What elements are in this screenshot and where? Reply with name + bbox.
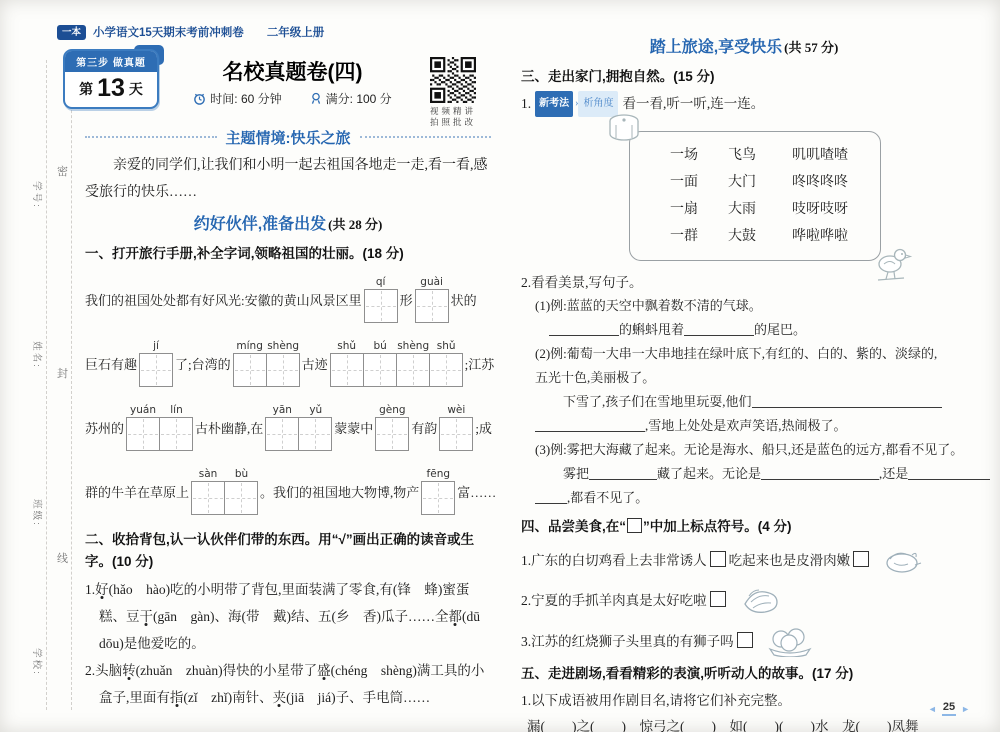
- emphasized-char: 夹: [273, 690, 287, 705]
- character-writing-box[interactable]: [439, 417, 473, 451]
- punctuation-box[interactable]: [627, 518, 642, 533]
- pinyin-box-group: gèng: [375, 403, 409, 451]
- text-run: (2)例:葡萄一大串一大串地挂在绿叶底下,有红的、白的、紫的、淡绿的,: [535, 346, 937, 361]
- emphasized-char: 都: [448, 609, 462, 624]
- match-item[interactable]: 飞鸟: [728, 142, 792, 169]
- pinyin-label: yān: [273, 403, 292, 417]
- content-line: (2)例:葡萄一大串一大串地挂在绿叶底下,有红的、白的、紫的、淡绿的,: [521, 342, 967, 366]
- pinyin-box-group: qí: [364, 275, 398, 323]
- pinyin-label: qí: [376, 275, 386, 289]
- theme-title: 主题情境:快乐之旅: [226, 127, 351, 148]
- content-line: ,雪地上处处是欢声笑语,热闹极了。: [521, 414, 967, 438]
- question4-item-3: 3.江苏的红烧狮子头里真的有狮子吗: [521, 627, 967, 657]
- match-item[interactable]: 吱呀吱呀: [792, 196, 848, 223]
- text-run: 四、品尝美食,在“: [521, 519, 626, 534]
- question2-items: 1.好(hǎo hào)吃的小明带了背包,里面装满了零食,有(锋 蜂)蜜蛋糕、豆…: [85, 576, 491, 711]
- character-writing-box[interactable]: [139, 353, 173, 387]
- day-badge-step: 第三步 做真题: [65, 51, 157, 72]
- character-writing-box[interactable]: [415, 289, 449, 323]
- pinyin-box-group: guài: [415, 275, 449, 323]
- emphasized-char: 干: [140, 609, 154, 624]
- exam-page: 一本 小学语文15天期末考前冲刺卷 二年级上册 学号: 姓名: 班级: 学校: …: [0, 0, 1000, 732]
- question3-item1: 1. 新考法 › 析角度 看一看,听一听,连一连。: [521, 91, 967, 117]
- emphasized-char: 盛: [317, 663, 331, 678]
- pinyin-box-group: míngshèng: [233, 339, 300, 387]
- pinyin-box-group: yānyǔ: [265, 403, 332, 451]
- punctuation-box[interactable]: [710, 551, 726, 567]
- lionhead-dish-icon: [766, 627, 814, 657]
- pinyin-label: shǔ: [337, 339, 356, 353]
- match-item[interactable]: 一场: [670, 142, 728, 169]
- time-meta: 时间: 60 分钟: [193, 90, 281, 107]
- punctuation-box[interactable]: [737, 632, 753, 648]
- text-run: 富……: [457, 482, 496, 501]
- prev-page-icon: ◄: [928, 704, 937, 714]
- day-badge-day: 第13天: [65, 72, 157, 107]
- dotted-divider-left: [85, 136, 217, 138]
- punctuation-box[interactable]: [853, 551, 869, 567]
- question5-stem: 五、走进剧场,看看精彩的表演,听听动人的故事。(17 分): [521, 663, 967, 685]
- drum-icon: [604, 112, 644, 146]
- match-item[interactable]: 一扇: [670, 196, 728, 223]
- character-writing-box[interactable]: [265, 417, 299, 451]
- text-run: 的蝌蚪甩着: [619, 322, 684, 337]
- pinyin-label: guài: [420, 275, 443, 289]
- book-title: 小学语文15天期末考前冲刺卷: [93, 24, 244, 40]
- paper-title: 名校真题卷(四): [165, 56, 420, 86]
- text-run: 3.江苏的红烧狮子头里真的有狮子吗: [521, 634, 734, 649]
- content-line: 2.头脑转(zhuǎn zhuàn)得快的小星带了盛(chéng shèng)满…: [85, 657, 491, 711]
- qr-code: [430, 57, 476, 103]
- text-run: 2.头脑: [85, 663, 122, 678]
- seal-char-feng: 封: [57, 365, 68, 381]
- pinyin-label: lín: [170, 403, 183, 417]
- pinyin-label: jí: [153, 339, 159, 353]
- new-method-badge: 新考法: [535, 91, 573, 117]
- text-run: ;成: [475, 418, 492, 437]
- match-item[interactable]: 一面: [670, 169, 728, 196]
- character-writing-box[interactable]: [266, 353, 300, 387]
- page-number: ◄ 25 ►: [928, 701, 970, 716]
- match-item[interactable]: 大雨: [728, 196, 792, 223]
- text-run: 了;台湾的: [175, 354, 231, 373]
- bird-icon: [868, 242, 914, 282]
- full-score-icon: [310, 92, 322, 105]
- paper-meta: 时间: 60 分钟 满分: 100 分: [150, 90, 435, 107]
- match-item[interactable]: 大门: [728, 169, 792, 196]
- book-volume: 二年级上册: [267, 24, 325, 40]
- text-run: (jiā jiá)子、手电筒……: [286, 690, 430, 705]
- item-number: 1.: [521, 92, 531, 116]
- content-line: (1)例:蓝蓝的天空中飘着数不清的气球。: [521, 294, 967, 318]
- lamb-dish-icon: [739, 584, 783, 618]
- text-run: 藏了起来。无论是: [657, 466, 761, 481]
- punctuation-box[interactable]: [710, 591, 726, 607]
- qr-block: 视频精讲 拍照批改: [428, 57, 478, 128]
- text-run: 有韵: [411, 418, 437, 437]
- question2-stem: 二、收拾背包,认一认伙伴们带的东西。用“√”画出正确的读音或生字。(10 分): [85, 529, 491, 573]
- dotted-divider-right: [360, 136, 492, 138]
- student-school-label: 学校:: [31, 642, 45, 682]
- book-header: 一本 小学语文15天期末考前冲刺卷 二年级上册: [57, 24, 324, 40]
- matching-exercise-box: 一场飞鸟叽叽喳喳一面大门咚咚咚咚一扇大雨吱呀吱呀一群大鼓哗啦哗啦: [629, 131, 881, 261]
- text-run: 吃起来也是皮滑肉嫩: [729, 553, 851, 568]
- character-writing-box[interactable]: [330, 353, 364, 387]
- character-writing-box[interactable]: [363, 353, 397, 387]
- text-run: 巨石有趣: [85, 354, 137, 373]
- pinyin-label: bù: [235, 467, 248, 481]
- content-line: 我们的祖国处处都有好风光:安徽的黄山风景区里qí形guài状的: [85, 267, 491, 331]
- question1-stem: 一、打开旅行手册,补全字词,领略祖国的壮丽。(18 分): [85, 243, 491, 265]
- clock-icon: [193, 92, 206, 105]
- character-writing-box[interactable]: [224, 481, 258, 515]
- question5-item1: 1.以下成语被用作剧目名,请将它们补充完整。: [521, 689, 967, 712]
- content-line: (3)例:雾把大海藏了起来。无论是海水、船只,还是蓝色的远方,都看不见了。: [521, 438, 967, 462]
- seal-line-right: [71, 60, 72, 710]
- pinyin-box-group: wèi: [439, 403, 473, 451]
- pinyin-label: shèng: [397, 339, 429, 353]
- text-run: 。我们的祖国地大物博,物产: [260, 482, 419, 501]
- character-writing-box[interactable]: [364, 289, 398, 323]
- question4-item-1: 1.广东的白切鸡看上去非常诱人吃起来也是皮滑肉嫩: [521, 547, 967, 575]
- pinyin-label: míng: [236, 339, 262, 353]
- question4-stem: 四、品尝美食,在“”中加上标点符号。(4 分): [521, 516, 967, 538]
- text-run: (3)例:雾把大海藏了起来。无论是海水、船只,还是蓝色的远方,都看不见了。: [535, 442, 963, 457]
- text-run: 苏州的: [85, 418, 124, 437]
- pinyin-label: yǔ: [309, 403, 322, 417]
- text-run: 雾把: [563, 466, 589, 481]
- content-line: 苏州的yuánlín古朴幽静,在yānyǔ蒙蒙中gèng有韵wèi;成: [85, 395, 491, 459]
- student-class-label: 班级:: [31, 493, 45, 533]
- pinyin-label: yuán: [130, 403, 156, 417]
- text-run: ,都看不见了。: [567, 490, 648, 505]
- emphasized-char: 转: [122, 663, 136, 678]
- text-run: 古迹: [302, 354, 328, 373]
- text-run: 五光十色,美丽极了。: [535, 370, 655, 385]
- text-run: (1)例:蓝蓝的天空中飘着数不清的气球。: [535, 298, 762, 313]
- text-run: 状的: [451, 290, 477, 309]
- text-run: 的尾巴。: [754, 322, 806, 337]
- student-number-label: 学号:: [31, 175, 45, 215]
- pinyin-label: shèng: [267, 339, 299, 353]
- student-name-label: 姓名:: [31, 335, 45, 375]
- character-writing-box[interactable]: [191, 481, 225, 515]
- answer-blank[interactable]: [752, 392, 942, 408]
- pinyin-label: shǔ: [437, 339, 456, 353]
- text-run: 下雪了,孩子们在雪地里玩耍,他们: [563, 394, 752, 409]
- right-column: 踏上旅途,享受快乐(共 57 分) 三、走出家门,拥抱自然。(15 分) 1. …: [521, 36, 967, 732]
- pinyin-label: fēng: [427, 467, 450, 481]
- day-number: 13: [93, 74, 129, 102]
- content-line: ,都看不见了。: [521, 486, 967, 510]
- content-line: 雾把藏了起来。无论是,还是: [521, 462, 967, 486]
- content-line: 巨石有趣jí了;台湾的míngshèng古迹shǔbúshèngshǔ;江苏: [85, 331, 491, 395]
- match-item[interactable]: 大鼓: [728, 223, 792, 250]
- day-badge: 第三步 做真题 第13天: [63, 49, 159, 109]
- content-line: 群的牛羊在草原上sànbù。我们的祖国地大物博,物产fēng富……: [85, 459, 491, 523]
- question4-item-2: 2.宁夏的手抓羊肉真是太好吃啦: [521, 584, 967, 618]
- answer-blank[interactable]: [535, 416, 645, 432]
- score-meta: 满分: 100 分: [310, 90, 392, 107]
- emphasized-char: 指: [170, 690, 184, 705]
- match-row: 一场飞鸟叽叽喳喳: [670, 142, 880, 169]
- content-line: 的蝌蚪甩着的尾巴。: [521, 318, 967, 342]
- pinyin-box-group: sànbù: [191, 467, 258, 515]
- part1-header: 约好伙伴,准备出发(共 28 分): [85, 213, 491, 237]
- character-writing-box[interactable]: [375, 417, 409, 451]
- answer-blank[interactable]: [908, 464, 990, 480]
- answer-blank[interactable]: [761, 464, 879, 480]
- match-row: 一面大门咚咚咚咚: [670, 169, 880, 196]
- pinyin-box-group: shǔbúshèngshǔ: [330, 339, 463, 387]
- text-run: ,雪地上处处是欢声笑语,热闹极了。: [645, 418, 847, 433]
- qr-caption: 视频精讲 拍照批改: [428, 106, 478, 128]
- match-row: 一群大鼓哗啦哗啦: [670, 223, 880, 250]
- pinyin-box-group: yuánlín: [126, 403, 193, 451]
- text-run: 我们的祖国处处都有好风光:安徽的黄山风景区里: [85, 290, 362, 309]
- idiom-completion-line[interactable]: 漏( )之( ) 惊弓之( ) 如( )( )水 龙( )凤舞: [521, 715, 967, 732]
- brand-logo: 一本: [57, 25, 86, 40]
- pinyin-box-group: fēng: [421, 467, 455, 515]
- pinyin-label: gèng: [379, 403, 405, 417]
- text-run: ”中加上标点符号。(4 分): [643, 519, 792, 534]
- answer-blank[interactable]: [535, 488, 567, 504]
- match-item[interactable]: 叽叽喳喳: [792, 142, 848, 169]
- pinyin-label: wèi: [447, 403, 465, 417]
- chicken-dish-icon: [882, 547, 924, 575]
- text-run: 2.宁夏的手抓羊肉真是太好吃啦: [521, 593, 707, 608]
- pinyin-label: sàn: [199, 467, 218, 481]
- pinyin-box-group: jí: [139, 339, 173, 387]
- character-writing-box[interactable]: [233, 353, 267, 387]
- character-writing-box[interactable]: [298, 417, 332, 451]
- answer-blank[interactable]: [684, 320, 754, 336]
- question3-stem: 三、走出家门,拥抱自然。(15 分): [521, 66, 967, 88]
- question1-fill-rows: 我们的祖国处处都有好风光:安徽的黄山风景区里qí形guài状的巨石有趣jí了;台…: [85, 267, 491, 523]
- content-line: 五光十色,美丽极了。: [521, 366, 967, 390]
- text-run: (zǐ zhǐ)南针、: [183, 690, 272, 705]
- match-item[interactable]: 一群: [670, 223, 728, 250]
- text-run: ,还是: [879, 466, 908, 481]
- content-line: 1.好(hǎo hào)吃的小明带了背包,里面装满了零食,有(锋 蜂)蜜蛋糕、豆…: [85, 576, 491, 657]
- part2-header: 踏上旅途,享受快乐(共 57 分): [521, 36, 967, 60]
- character-writing-box[interactable]: [429, 353, 463, 387]
- seal-line-left: [46, 60, 47, 710]
- answer-blank[interactable]: [589, 464, 657, 480]
- text-run: (zhuǎn zhuàn)得快的小星带了: [136, 663, 317, 678]
- content-line: 下雪了,孩子们在雪地里玩耍,他们: [521, 390, 967, 414]
- match-item[interactable]: 咚咚咚咚: [792, 169, 848, 196]
- seal-char-xian: 线: [57, 550, 68, 566]
- matching-rows: 一场飞鸟叽叽喳喳一面大门咚咚咚咚一扇大雨吱呀吱呀一群大鼓哗啦哗啦: [670, 142, 880, 250]
- match-row: 一扇大雨吱呀吱呀: [670, 196, 880, 223]
- text-run: 1.: [85, 582, 95, 597]
- text-run: 蒙蒙中: [334, 418, 373, 437]
- theme-banner: 主题情境:快乐之旅: [85, 126, 491, 148]
- text-run: (gān gàn)、海(带 戴)结、五(乡 香)瓜子……全: [153, 609, 448, 624]
- answer-blank[interactable]: [549, 320, 619, 336]
- intro-paragraph: 亲爱的同学们,让我们和小明一起去祖国各地走一走,看一看,感受旅行的快乐……: [85, 152, 491, 206]
- match-item[interactable]: 哗啦哗啦: [792, 223, 848, 250]
- character-writing-box[interactable]: [396, 353, 430, 387]
- text-run: 1.广东的白切鸡看上去非常诱人: [521, 553, 707, 568]
- seal-char-mi: 密: [57, 163, 68, 179]
- character-writing-box[interactable]: [421, 481, 455, 515]
- text-run: 群的牛羊在草原上: [85, 482, 189, 501]
- text-run: 古朴幽静,在: [195, 418, 263, 437]
- next-page-icon: ►: [961, 704, 970, 714]
- text-run: ;江苏: [465, 354, 495, 373]
- left-column: 主题情境:快乐之旅 亲爱的同学们,让我们和小明一起去祖国各地走一走,看一看,感受…: [85, 126, 491, 711]
- character-writing-box[interactable]: [159, 417, 193, 451]
- text-run: 形: [400, 290, 413, 309]
- emphasized-char: 好: [95, 582, 109, 597]
- pinyin-label: bú: [373, 339, 386, 353]
- character-writing-box[interactable]: [126, 417, 160, 451]
- question3-sentences: (1)例:蓝蓝的天空中飘着数不清的气球。的蝌蚪甩着的尾巴。(2)例:葡萄一大串一…: [521, 294, 967, 510]
